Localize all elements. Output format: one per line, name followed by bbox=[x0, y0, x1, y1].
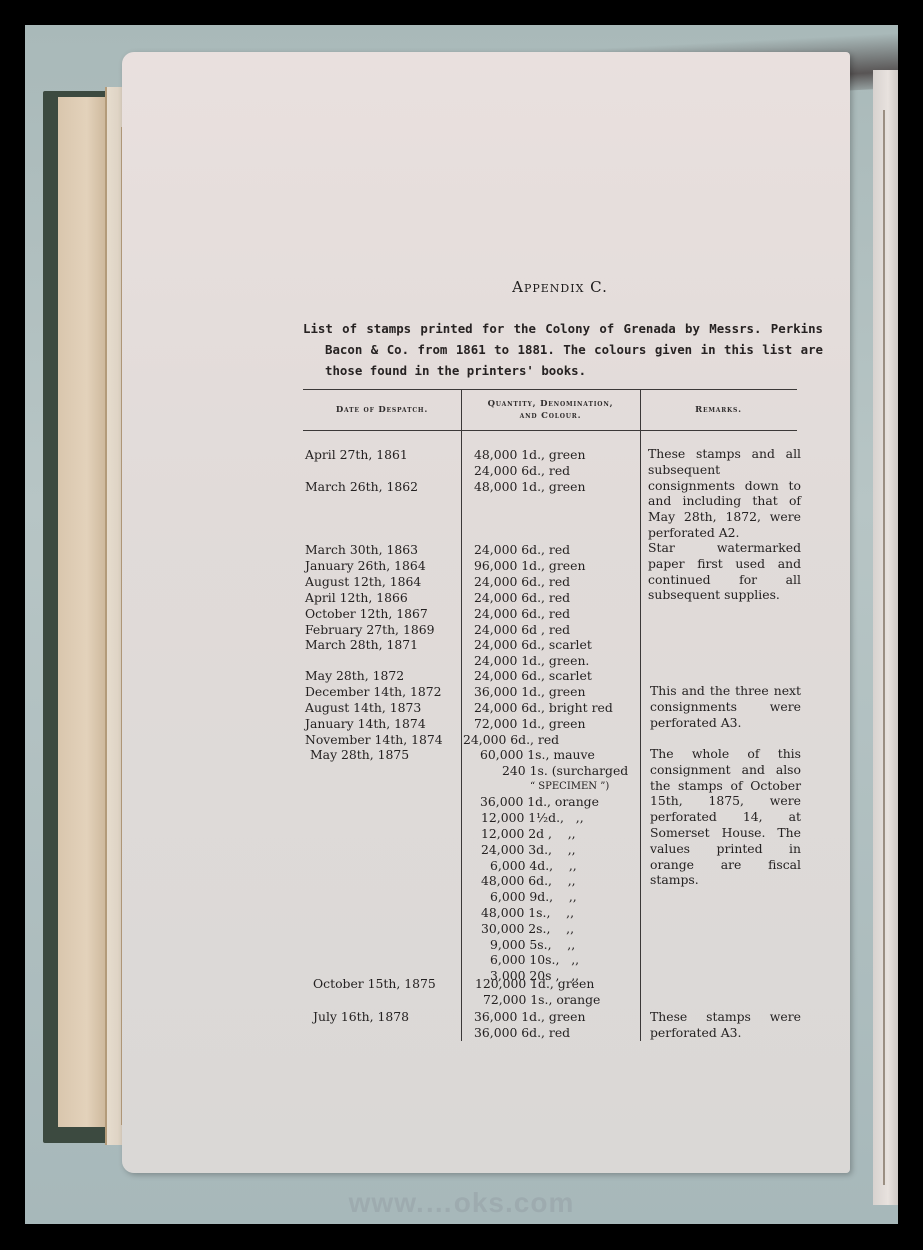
row-item: 24,000 6d., red bbox=[474, 463, 570, 479]
row-item: 72,000 1d., green bbox=[474, 716, 585, 732]
row-item: 72,000 1s., orange bbox=[483, 992, 600, 1008]
row-date: March 28th, 1871 bbox=[305, 637, 418, 653]
row-item: 9,000 5s., ,, bbox=[490, 937, 575, 953]
row-item: 12,000 1½d., ,, bbox=[481, 810, 584, 826]
header-date: Date of Despatch. bbox=[303, 404, 461, 416]
row-item: 24,000 6d., red bbox=[463, 732, 559, 748]
appendix-title: Appendix C. bbox=[300, 278, 820, 296]
row-item: 6,000 10s., ,, bbox=[490, 952, 579, 968]
row-item: 6,000 9d., ,, bbox=[490, 889, 577, 905]
row-date: April 12th, 1866 bbox=[305, 590, 408, 606]
row-date: October 12th, 1867 bbox=[305, 606, 428, 622]
row-date: February 27th, 1869 bbox=[305, 622, 434, 638]
row-item: 24,000 6d., scarlet bbox=[474, 637, 592, 653]
remark-1: These stamps and all subsequent consignm… bbox=[648, 446, 801, 541]
row-date: October 15th, 1875 bbox=[313, 976, 436, 992]
row-item: 24,000 6d., red bbox=[474, 542, 570, 558]
row-date: July 16th, 1878 bbox=[313, 1009, 409, 1025]
header-quantity-line2: and Colour. bbox=[461, 410, 640, 422]
remark-4: The whole of this consignment and also t… bbox=[650, 746, 801, 888]
row-item: 96,000 1d., green bbox=[474, 558, 585, 574]
row-item: 12,000 2d , ,, bbox=[481, 826, 576, 842]
row-item: 24,000 3d., ,, bbox=[481, 842, 576, 858]
row-item: 48,000 6d., ,, bbox=[481, 873, 576, 889]
row-date: March 26th, 1862 bbox=[305, 479, 418, 495]
row-date: August 12th, 1864 bbox=[305, 574, 421, 590]
row-item: 6,000 4d., ,, bbox=[490, 858, 577, 874]
row-item: 24,000 6d., red bbox=[474, 606, 570, 622]
row-date: April 27th, 1861 bbox=[305, 447, 408, 463]
remark-2: Star watermarked paper first used and co… bbox=[648, 540, 801, 603]
row-item: 36,000 1d., green bbox=[474, 684, 585, 700]
row-item: 48,000 1d., green bbox=[474, 447, 585, 463]
row-date: August 14th, 1873 bbox=[305, 700, 421, 716]
column-divider-1 bbox=[461, 389, 462, 1041]
row-item: 24,000 6d., red bbox=[474, 574, 570, 590]
row-item: 36,000 6d., red bbox=[474, 1025, 570, 1041]
row-item: 60,000 1s., mauve bbox=[480, 747, 595, 763]
column-divider-2 bbox=[640, 389, 641, 1041]
header-quantity-line1: Quantity, Denomination, bbox=[461, 398, 640, 410]
remark-3: This and the three next consignments wer… bbox=[650, 683, 801, 730]
row-item: 36,000 1d., green bbox=[474, 1009, 585, 1025]
row-date: March 30th, 1863 bbox=[305, 542, 418, 558]
intro-paragraph: List of stamps printed for the Colony of… bbox=[303, 318, 823, 381]
row-item: 48,000 1d., green bbox=[474, 479, 585, 495]
row-date: May 28th, 1875 bbox=[310, 747, 409, 763]
row-date: January 14th, 1874 bbox=[305, 716, 426, 732]
row-item: 24,000 1d., green. bbox=[474, 653, 589, 669]
header-remarks: Remarks. bbox=[640, 404, 797, 416]
table-top-rule bbox=[303, 389, 797, 390]
row-date: May 28th, 1872 bbox=[305, 668, 404, 684]
remark-5: These stamps were perforated A3. bbox=[650, 1009, 801, 1041]
row-date: December 14th, 1872 bbox=[305, 684, 442, 700]
row-item: 120,000 1d., green bbox=[475, 976, 594, 992]
page-content: Appendix C. List of stamps printed for t… bbox=[0, 0, 923, 1250]
row-item: 24,000 6d , red bbox=[474, 622, 570, 638]
row-item: 36,000 1d., orange bbox=[480, 794, 599, 810]
row-item: 24,000 6d., bright red bbox=[474, 700, 613, 716]
row-item: 24,000 6d., scarlet bbox=[474, 668, 592, 684]
table-header-rule bbox=[303, 430, 797, 431]
row-item: 24,000 6d., red bbox=[474, 590, 570, 606]
row-item: 240 1s. (surcharged bbox=[502, 763, 628, 779]
row-item: 48,000 1s., ,, bbox=[481, 905, 574, 921]
row-item: “ SPECIMEN ”) bbox=[530, 779, 609, 795]
row-date: November 14th, 1874 bbox=[305, 732, 443, 748]
row-date: January 26th, 1864 bbox=[305, 558, 426, 574]
row-item: 30,000 2s., ,, bbox=[481, 921, 574, 937]
